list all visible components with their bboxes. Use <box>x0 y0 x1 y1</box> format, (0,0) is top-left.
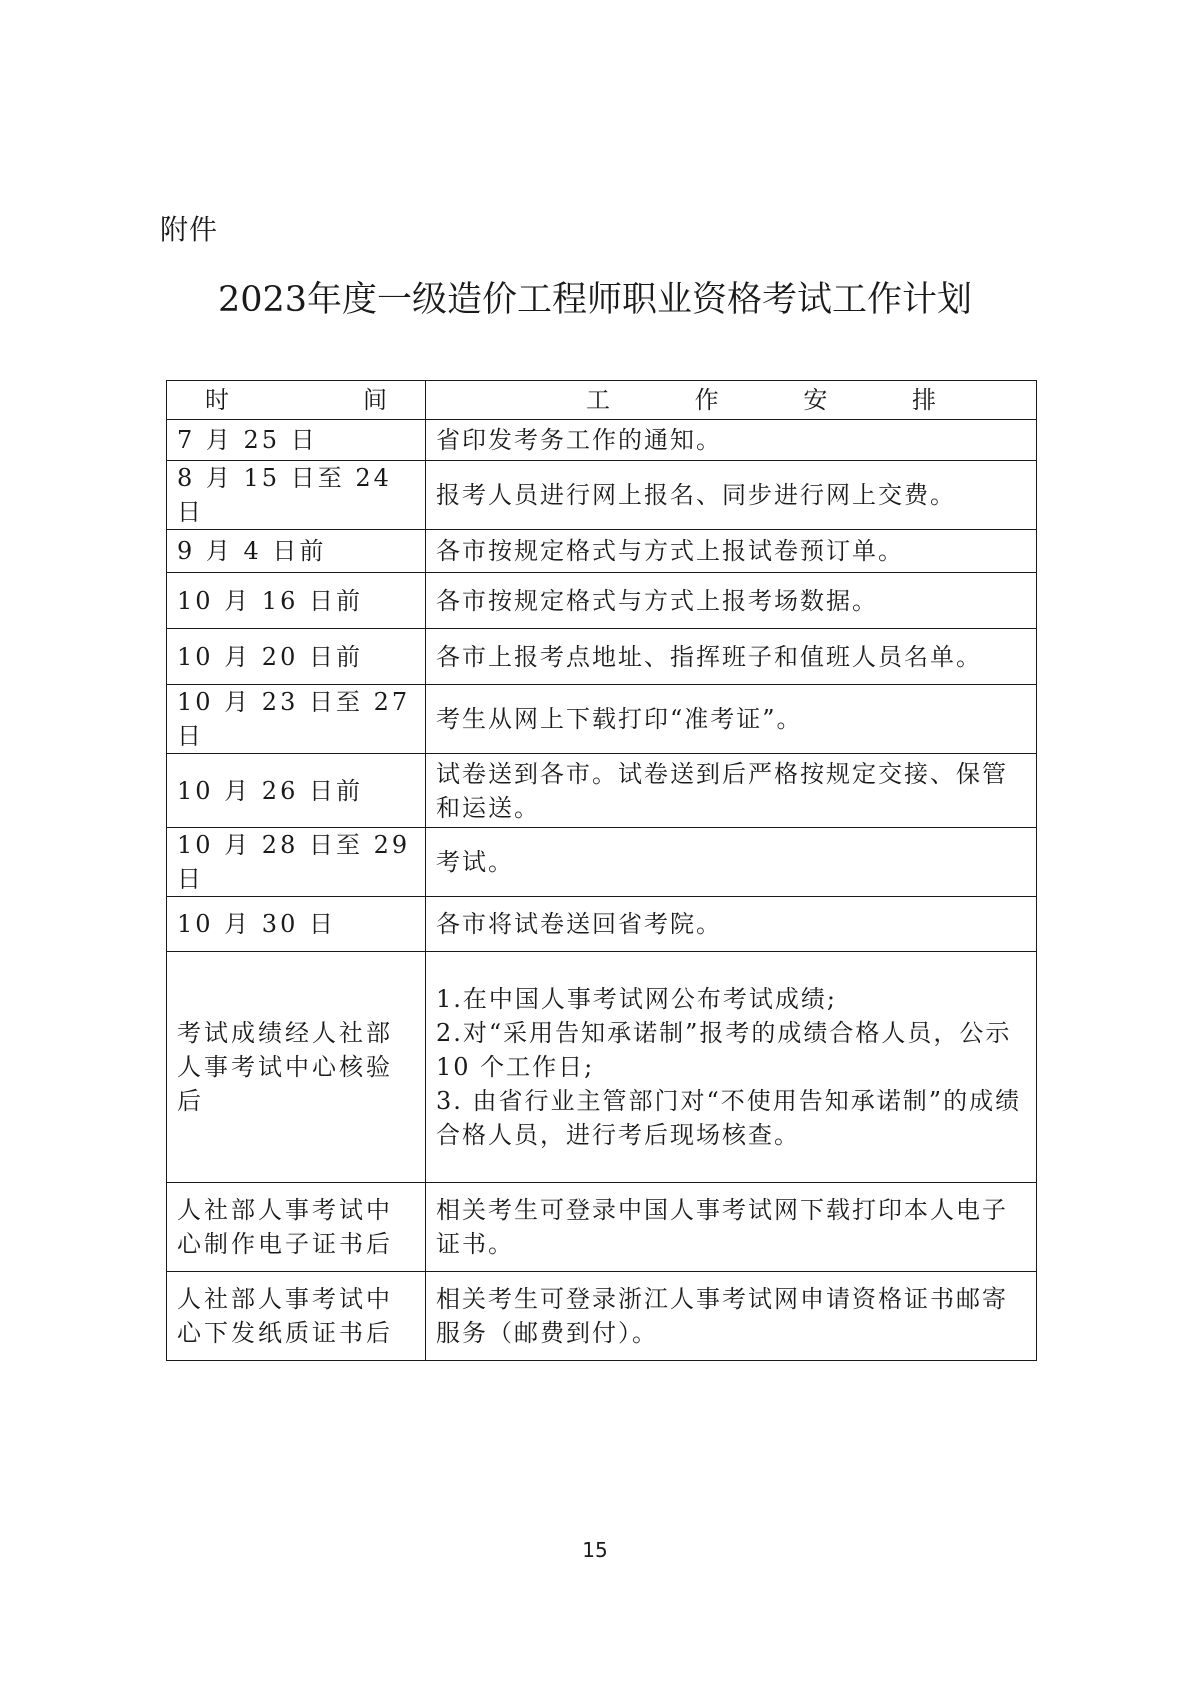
table-row: 10 月 28 日至 29 日 考试。 <box>167 828 1037 897</box>
task-cell: 各市按规定格式与方式上报试卷预订单。 <box>426 530 1037 573</box>
attachment-label: 附件 <box>160 212 218 248</box>
task-cell: 各市按规定格式与方式上报考场数据。 <box>426 573 1037 629</box>
time-cell: 考试成绩经人社部人事考试中心核验后 <box>167 952 426 1183</box>
task-cell: 试卷送到各市。试卷送到后严格按规定交接、保管和运送。 <box>426 754 1037 828</box>
work-plan-table: 时 间 工 作 安 排 7 月 25 日 省印发考务工作的通知。 8 月 15 … <box>166 380 1037 1361</box>
table-row: 10 月 26 日前 试卷送到各市。试卷送到后严格按规定交接、保管和运送。 <box>167 754 1037 828</box>
task-cell: 1.在中国人事考试网公布考试成绩; 2.对“采用告知承诺制”报考的成绩合格人员，… <box>426 952 1037 1183</box>
time-cell: 7 月 25 日 <box>167 420 426 461</box>
time-cell: 10 月 28 日至 29 日 <box>167 828 426 897</box>
header-task-char: 作 <box>695 383 719 417</box>
time-cell: 9 月 4 日前 <box>167 530 426 573</box>
table-row: 8 月 15 日至 24 日 报考人员进行网上报名、同步进行网上交费。 <box>167 461 1037 530</box>
time-cell: 10 月 23 日至 27 日 <box>167 685 426 754</box>
task-line: 2.对“采用告知承诺制”报考的成绩合格人员，公示 10 个工作日; <box>436 1016 1026 1084</box>
time-cell: 10 月 20 日前 <box>167 629 426 685</box>
header-task-char: 排 <box>912 383 936 417</box>
task-cell: 相关考生可登录浙江人事考试网申请资格证书邮寄服务（邮费到付）。 <box>426 1272 1037 1361</box>
table-row: 10 月 16 日前 各市按规定格式与方式上报考场数据。 <box>167 573 1037 629</box>
document-title: 2023年度一级造价工程师职业资格考试工作计划 <box>0 278 1190 322</box>
task-line: 1.在中国人事考试网公布考试成绩; <box>436 982 1026 1016</box>
table-row: 7 月 25 日 省印发考务工作的通知。 <box>167 420 1037 461</box>
header-time-char: 时 <box>205 383 229 417</box>
task-cell: 省印发考务工作的通知。 <box>426 420 1037 461</box>
task-line: 3. 由省行业主管部门对“不使用告知承诺制”的成绩合格人员，进行考后现场核查。 <box>436 1084 1026 1152</box>
header-time: 时 间 <box>167 381 426 420</box>
time-cell: 10 月 16 日前 <box>167 573 426 629</box>
header-task: 工 作 安 排 <box>426 381 1037 420</box>
time-cell: 10 月 26 日前 <box>167 754 426 828</box>
task-cell: 各市上报考点地址、指挥班子和值班人员名单。 <box>426 629 1037 685</box>
task-cell: 报考人员进行网上报名、同步进行网上交费。 <box>426 461 1037 530</box>
time-cell: 10 月 30 日 <box>167 897 426 952</box>
task-cell: 考试。 <box>426 828 1037 897</box>
task-cell: 各市将试卷送回省考院。 <box>426 897 1037 952</box>
table-row: 人社部人事考试中心下发纸质证书后 相关考生可登录浙江人事考试网申请资格证书邮寄服… <box>167 1272 1037 1361</box>
header-task-char: 安 <box>803 383 827 417</box>
time-cell: 8 月 15 日至 24 日 <box>167 461 426 530</box>
header-time-char: 间 <box>363 383 387 417</box>
task-cell: 考生从网上下载打印“准考证”。 <box>426 685 1037 754</box>
table-row: 10 月 30 日 各市将试卷送回省考院。 <box>167 897 1037 952</box>
table-row: 人社部人事考试中心制作电子证书后 相关考生可登录中国人事考试网下载打印本人电子证… <box>167 1183 1037 1272</box>
table-row: 10 月 23 日至 27 日 考生从网上下载打印“准考证”。 <box>167 685 1037 754</box>
page-number: 15 <box>0 1538 1190 1562</box>
table-header-row: 时 间 工 作 安 排 <box>167 381 1037 420</box>
time-cell: 人社部人事考试中心制作电子证书后 <box>167 1183 426 1272</box>
header-task-char: 工 <box>586 383 610 417</box>
table-row: 10 月 20 日前 各市上报考点地址、指挥班子和值班人员名单。 <box>167 629 1037 685</box>
task-cell: 相关考生可登录中国人事考试网下载打印本人电子证书。 <box>426 1183 1037 1272</box>
table-row: 9 月 4 日前 各市按规定格式与方式上报试卷预订单。 <box>167 530 1037 573</box>
time-cell: 人社部人事考试中心下发纸质证书后 <box>167 1272 426 1361</box>
table-row: 考试成绩经人社部人事考试中心核验后 1.在中国人事考试网公布考试成绩; 2.对“… <box>167 952 1037 1183</box>
